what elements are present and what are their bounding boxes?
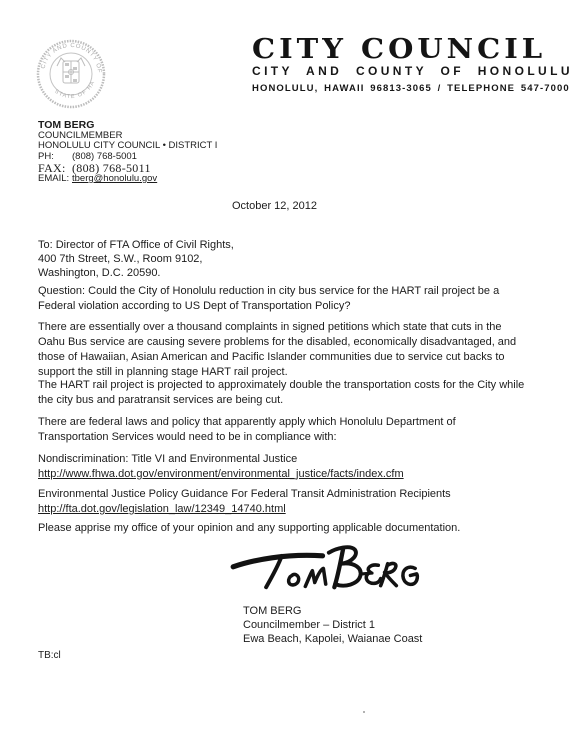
link2-title: Environmental Justice Policy Guidance Fo… <box>38 487 451 502</box>
body-paragraph-laws: There are federal laws and policy that a… <box>38 415 543 445</box>
typist-initials: TB:cl <box>38 650 61 661</box>
letter-page: CITY AND COUNTY OF HONOLULU STATE OF HAW… <box>0 0 576 745</box>
link2-url[interactable]: http://fta.dot.gov/legislation_law/12349… <box>38 502 286 517</box>
org-name: CITY COUNCIL <box>252 37 548 61</box>
letterhead: CITY COUNCIL CITY AND COUNTY OF HONOLULU… <box>252 37 548 94</box>
seal-crest <box>57 58 85 83</box>
handwritten-signature-tom-berg <box>230 538 434 598</box>
org-subtitle: CITY AND COUNTY OF HONOLULU <box>252 64 548 78</box>
body-paragraph-question: Question: Could the City of Honolulu red… <box>38 284 543 314</box>
sender-email-row: EMAIL:tberg@honolulu.gov <box>38 174 217 185</box>
reference-nondiscrimination: Nondiscrimination: Title VI and Environm… <box>38 452 404 482</box>
email-link[interactable]: tberg@honolulu.gov <box>72 173 157 184</box>
email-label: EMAIL: <box>38 174 72 185</box>
body-paragraph-complaints: There are essentially over a thousand co… <box>38 320 543 380</box>
link1-title: Nondiscrimination: Title VI and Environm… <box>38 452 404 467</box>
reference-ej-policy: Environmental Justice Policy Guidance Fo… <box>38 487 451 517</box>
sender-contact-block: TOM BERG COUNCILMEMBER HONOLULU CITY COU… <box>38 120 217 185</box>
sender-name: TOM BERG <box>38 120 217 131</box>
closing-sentence: Please apprise my office of your opinion… <box>38 521 543 536</box>
phone-number: (808) 768-5001 <box>72 151 137 162</box>
honolulu-city-seal-icon: CITY AND COUNTY OF HONOLULU STATE OF HAW… <box>33 36 109 112</box>
recipient-address: To: Director of FTA Office of Civil Righ… <box>38 238 543 280</box>
link1-url[interactable]: http://www.fhwa.dot.gov/environment/envi… <box>38 467 404 482</box>
org-address: HONOLULU, HAWAII 96813-3065 / TELEPHONE … <box>252 83 548 94</box>
scan-speck <box>363 711 365 713</box>
body-paragraph-costs: The HART rail project is projected to ap… <box>38 378 543 408</box>
signature-block: TOM BERG Councilmember – District 1 Ewa … <box>243 604 422 646</box>
letter-date: October 12, 2012 <box>232 200 317 212</box>
